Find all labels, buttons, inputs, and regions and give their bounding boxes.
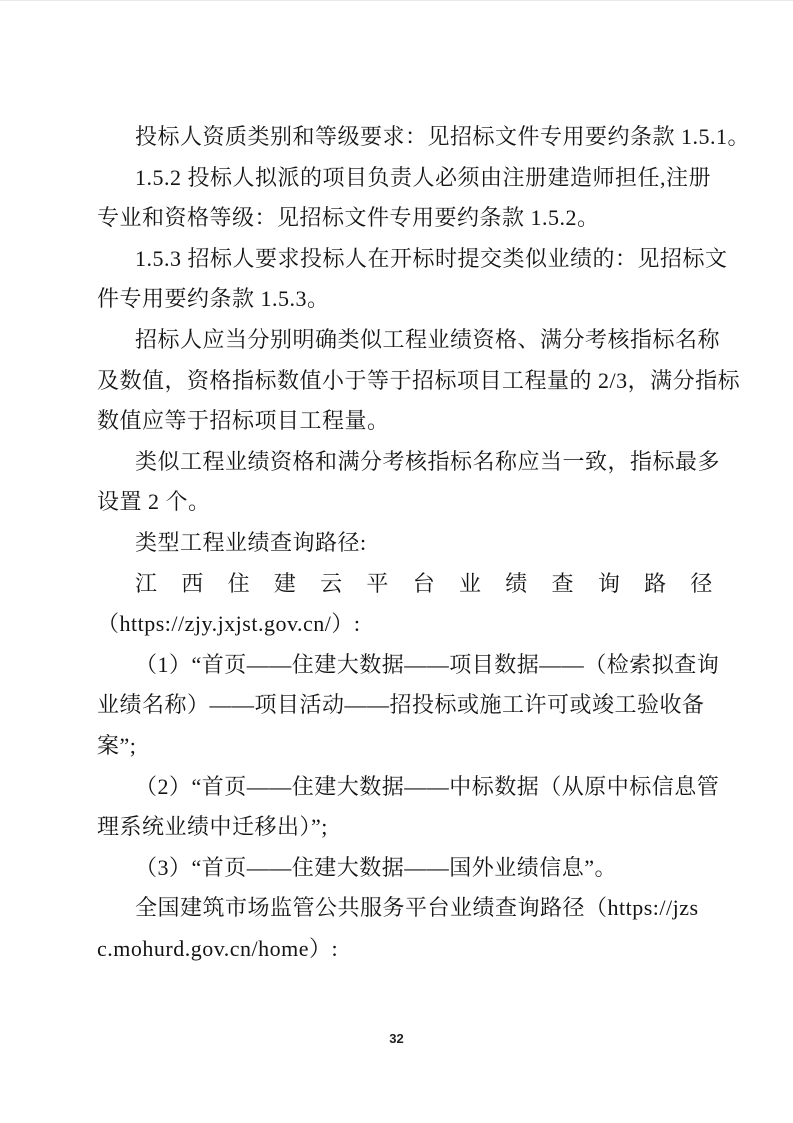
spread-char: 业 [459,564,482,605]
text-line: （1）“首页——住建大数据——项目数据——（检索拟查询 [97,645,713,686]
text-line: c.mohurd.gov.cn/home）: [97,929,713,970]
spread-char: 绩 [505,564,528,605]
spread-char: 径 [690,564,713,605]
text-line: 江西住建云平台业绩查询路径 [97,564,713,605]
text-line: 数值应等于招标项目工程量。 [97,401,713,442]
spread-char: 查 [552,564,575,605]
text-line: 类似工程业绩资格和满分考核指标名称应当一致，指标最多 [97,442,713,483]
spread-char: 平 [366,564,389,605]
text-line: 类型工程业绩查询路径: [97,523,713,564]
text-line: 投标人资质类别和等级要求：见招标文件专用要约条款 1.5.1。 [97,117,713,158]
text-line: 及数值，资格指标数值小于等于招标项目工程量的 2/3，满分指标 [97,361,713,402]
text-line: （2）“首页——住建大数据——中标数据（从原中标信息管 [97,767,713,808]
spread-char: 住 [228,564,251,605]
document-page: 投标人资质类别和等级要求：见招标文件专用要约条款 1.5.1。1.5.2 投标人… [0,0,793,1123]
text-line: 全国建筑市场监管公共服务平台业绩查询路径（https://jzs [97,888,713,929]
spread-char: 台 [413,564,436,605]
text-line: 招标人应当分别明确类似工程业绩资格、满分考核指标名称 [97,320,713,361]
text-line: 1.5.2 投标人拟派的项目负责人必须由注册建造师担任,注册 [97,158,713,199]
spread-char: 路 [644,564,667,605]
page-number: 32 [0,1031,793,1046]
spread-char: 云 [320,564,343,605]
spread-char: 询 [598,564,621,605]
text-line: （3）“首页——住建大数据——国外业绩信息”。 [97,848,713,889]
text-line: （https://zjy.jxjst.gov.cn/）: [97,604,713,645]
text-line: 业绩名称）——项目活动——招投标或施工许可或竣工验收备 [97,685,713,726]
spread-char: 江 [135,564,158,605]
text-line: 专业和资格等级：见招标文件专用要约条款 1.5.2。 [97,198,713,239]
spread-char: 西 [181,564,204,605]
text-line: 案”; [97,726,713,767]
spread-char: 建 [274,564,297,605]
text-line: 件专用要约条款 1.5.3。 [97,279,713,320]
document-body: 投标人资质类别和等级要求：见招标文件专用要约条款 1.5.1。1.5.2 投标人… [97,117,713,969]
text-line: 设置 2 个。 [97,482,713,523]
text-line: 理系统业绩中迁移出）”; [97,807,713,848]
text-line: 1.5.3 招标人要求投标人在开标时提交类似业绩的：见招标文 [97,239,713,280]
